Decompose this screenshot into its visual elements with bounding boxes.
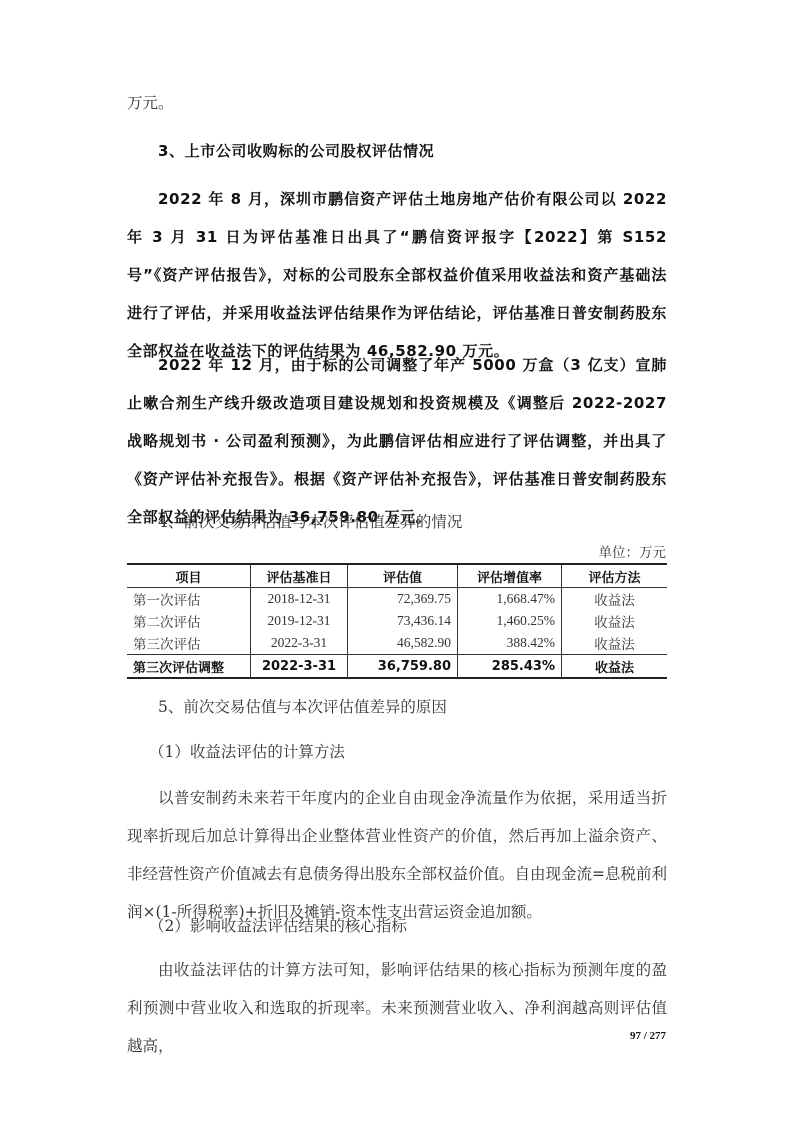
cell-item: 第二次评估 — [127, 610, 251, 632]
cell-base-date: 2018-12-31 — [251, 588, 348, 611]
cell-method: 收益法 — [562, 632, 668, 655]
cell-item: 第一次评估 — [127, 588, 251, 611]
subheading-5-1: （1）收益法评估的计算方法 — [127, 733, 667, 771]
table-unit-label: 单位：万元 — [599, 541, 667, 561]
table-row: 第一次评估 2018-12-31 72,369.75 1,668.47% 收益法 — [127, 588, 667, 611]
column-header-item: 项目 — [127, 564, 251, 588]
cell-value: 72,369.75 — [348, 588, 458, 611]
document-page: 万元。 3、上市公司收购标的公司股权评估情况 2022 年 8 月，深圳市鹏信资… — [0, 0, 793, 1122]
column-header-value: 评估值 — [348, 564, 458, 588]
table-header-row: 项目 评估基准日 评估值 评估增值率 评估方法 — [127, 564, 667, 588]
section-heading-4: 4、前次交易评估值与本次评估值差异的情况 — [127, 503, 667, 541]
cell-method: 收益法 — [562, 610, 668, 632]
paragraph-core-indicators: 由收益法评估的计算方法可知，影响评估结果的核心指标为预测年度的盈利预测中营业收入… — [127, 951, 667, 1065]
table-row: 第三次评估 2022-3-31 46,582.90 388.42% 收益法 — [127, 632, 667, 655]
column-header-base-date: 评估基准日 — [251, 564, 348, 588]
cell-base-date: 2019-12-31 — [251, 610, 348, 632]
cell-method: 收益法 — [562, 588, 668, 611]
column-header-method: 评估方法 — [562, 564, 668, 588]
column-header-appreciation-rate: 评估增值率 — [458, 564, 562, 588]
cell-rate: 285.43% — [458, 655, 562, 679]
cell-base-date: 2022-3-31 — [251, 632, 348, 655]
cell-base-date: 2022-3-31 — [251, 655, 348, 679]
section-heading-3: 3、上市公司收购标的公司股权评估情况 — [127, 132, 667, 170]
cell-value: 73,436.14 — [348, 610, 458, 632]
cell-item: 第三次评估调整 — [127, 655, 251, 679]
page-number: 97 / 277 — [630, 1030, 666, 1042]
paragraph-continuation: 万元。 — [127, 84, 667, 122]
section-heading-5: 5、前次交易估值与本次评估值差异的原因 — [127, 688, 667, 726]
paragraph-valuation-2022-08: 2022 年 8 月，深圳市鹏信资产评估土地房地产估价有限公司以 2022 年 … — [127, 180, 667, 370]
cell-value: 36,759.80 — [348, 655, 458, 679]
cell-rate: 388.42% — [458, 632, 562, 655]
cell-value: 46,582.90 — [348, 632, 458, 655]
valuation-comparison-table: 项目 评估基准日 评估值 评估增值率 评估方法 第一次评估 2018-12-31… — [127, 563, 667, 679]
subheading-5-2: （2）影响收益法评估结果的核心指标 — [127, 907, 667, 945]
table-row: 第二次评估 2019-12-31 73,436.14 1,460.25% 收益法 — [127, 610, 667, 632]
cell-rate: 1,460.25% — [458, 610, 562, 632]
cell-item: 第三次评估 — [127, 632, 251, 655]
cell-method: 收益法 — [562, 655, 668, 679]
cell-rate: 1,668.47% — [458, 588, 562, 611]
table-row-adjusted: 第三次评估调整 2022-3-31 36,759.80 285.43% 收益法 — [127, 655, 667, 679]
